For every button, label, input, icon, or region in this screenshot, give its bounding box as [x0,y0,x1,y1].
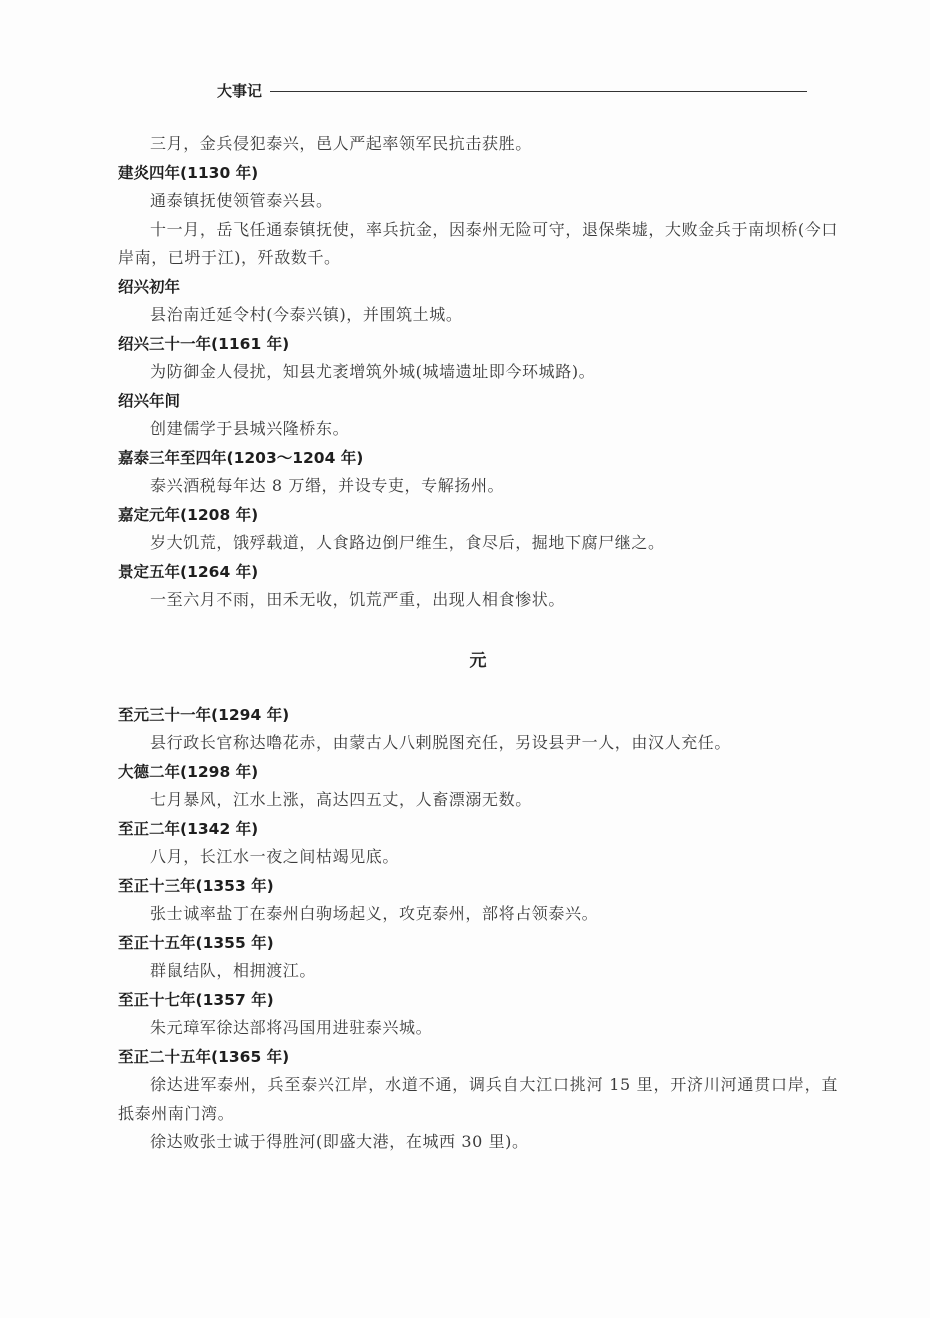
entry-heading: 至正二年(1342 年) [118,815,838,844]
entry: 至正十五年(1355 年) 群鼠结队，相拥渡江。 [118,929,838,986]
paragraph: 为防御金人侵扰，知县尤袤增筑外城(城墙遗址即今环城路)。 [118,358,838,387]
paragraph: 朱元璋军徐达部将冯国用进驻泰兴城。 [118,1014,838,1043]
header-title: 大事记 [217,80,262,101]
paragraph: 群鼠结队，相拥渡江。 [118,957,838,986]
header-rule [270,91,807,92]
section-title-yuan: 元 [118,647,838,675]
entry-heading: 至正十五年(1355 年) [118,929,838,958]
paragraph: 一至六月不雨，田禾无收，饥荒严重，出现人相食惨状。 [118,586,838,615]
entry: 嘉定元年(1208 年) 岁大饥荒，饿殍载道，人食路边倒尸维生，食尽后，掘地下腐… [118,501,838,558]
entry-heading: 嘉泰三年至四年(1203～1204 年) [118,444,838,473]
paragraph: 徐达败张士诚于得胜河(即盛大港，在城西 30 里)。 [118,1128,838,1157]
entry-heading: 大德二年(1298 年) [118,758,838,787]
entry: 至正二十五年(1365 年) 徐达进军泰州，兵至泰兴江岸，水道不通，调兵自大江口… [118,1043,838,1157]
paragraph: 八月，长江水一夜之间枯竭见底。 [118,843,838,872]
paragraph: 泰兴酒税每年达 8 万缗，并设专吏，专解扬州。 [118,472,838,501]
entry-heading: 绍兴初年 [118,273,838,302]
paragraph: 三月，金兵侵犯泰兴，邑人严起率领军民抗击获胜。 [118,130,838,159]
entry-heading: 建炎四年(1130 年) [118,159,838,188]
entry-heading: 至正二十五年(1365 年) [118,1043,838,1072]
paragraph: 七月暴风，江水上涨，高达四五丈，人畜漂溺无数。 [118,786,838,815]
entry-heading: 绍兴三十一年(1161 年) [118,330,838,359]
entry-heading: 绍兴年间 [118,387,838,416]
entry-heading: 嘉定元年(1208 年) [118,501,838,530]
paragraph: 创建儒学于县城兴隆桥东。 [118,415,838,444]
paragraph: 县治南迁延令村(今泰兴镇)，并围筑土城。 [118,301,838,330]
entry: 至正十三年(1353 年) 张士诚率盐丁在泰州白驹场起义，攻克泰州，部将占领泰兴… [118,872,838,929]
entry: 建炎四年(1130 年) 通泰镇抚使领管泰兴县。 十一月，岳飞任通泰镇抚使，率兵… [118,159,838,273]
running-header: 大事记 [217,80,807,100]
entry: 嘉泰三年至四年(1203～1204 年) 泰兴酒税每年达 8 万缗，并设专吏，专… [118,444,838,501]
entry: 绍兴年间 创建儒学于县城兴隆桥东。 [118,387,838,444]
entry: 至正十七年(1357 年) 朱元璋军徐达部将冯国用进驻泰兴城。 [118,986,838,1043]
paragraph: 徐达进军泰州，兵至泰兴江岸，水道不通，调兵自大江口挑河 15 里，开济川河通贯口… [118,1071,838,1128]
page-content: 三月，金兵侵犯泰兴，邑人严起率领军民抗击获胜。 建炎四年(1130 年) 通泰镇… [118,130,838,1157]
entry: 大德二年(1298 年) 七月暴风，江水上涨，高达四五丈，人畜漂溺无数。 [118,758,838,815]
entry-heading: 至元三十一年(1294 年) [118,701,838,730]
paragraph: 张士诚率盐丁在泰州白驹场起义，攻克泰州，部将占领泰兴。 [118,900,838,929]
entry: 至正二年(1342 年) 八月，长江水一夜之间枯竭见底。 [118,815,838,872]
entry-heading: 至正十七年(1357 年) [118,986,838,1015]
paragraph: 岁大饥荒，饿殍载道，人食路边倒尸维生，食尽后，掘地下腐尸继之。 [118,529,838,558]
entry-heading: 至正十三年(1353 年) [118,872,838,901]
entry: 绍兴三十一年(1161 年) 为防御金人侵扰，知县尤袤增筑外城(城墙遗址即今环城… [118,330,838,387]
paragraph: 县行政长官称达噜花赤，由蒙古人八剌脱图充任，另设县尹一人，由汉人充任。 [118,729,838,758]
entry: 景定五年(1264 年) 一至六月不雨，田禾无收，饥荒严重，出现人相食惨状。 [118,558,838,615]
paragraph: 十一月，岳飞任通泰镇抚使，率兵抗金，因泰州无险可守，退保柴墟，大败金兵于南坝桥(… [118,216,838,273]
entry: 绍兴初年 县治南迁延令村(今泰兴镇)，并围筑土城。 [118,273,838,330]
entry: 至元三十一年(1294 年) 县行政长官称达噜花赤，由蒙古人八剌脱图充任，另设县… [118,701,838,758]
paragraph: 通泰镇抚使领管泰兴县。 [118,187,838,216]
entry-heading: 景定五年(1264 年) [118,558,838,587]
